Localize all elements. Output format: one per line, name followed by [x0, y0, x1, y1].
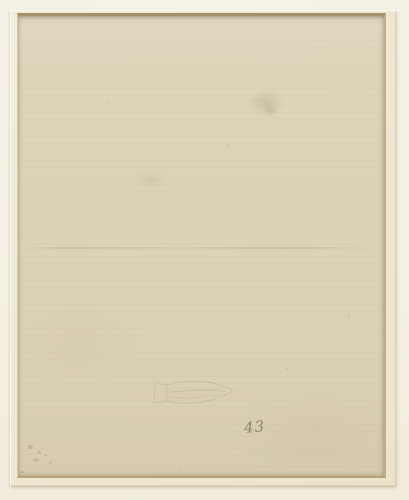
paper-speck [106, 102, 108, 104]
ghost-sketch [146, 366, 238, 414]
foxing-spot [45, 454, 47, 456]
crease-line [21, 247, 377, 249]
foxing-spot [21, 471, 24, 473]
paper-sheet: 43 [17, 13, 386, 478]
foxing-spot [49, 462, 52, 464]
paper-speck [348, 314, 350, 316]
foxing-spot [33, 458, 39, 462]
paper-speck [178, 468, 180, 470]
paper-speck [228, 144, 230, 146]
frame-mitre-top-right [386, 10, 396, 20]
picture-frame: 43 [10, 10, 396, 486]
frame-mitre-bottom-right [386, 476, 396, 486]
foxing-spot [28, 445, 33, 449]
paper-speck [286, 368, 288, 370]
foxing-spot [38, 451, 41, 454]
photo-of-framed-artwork: 43 [0, 0, 409, 500]
pencil-inscription: 43 [243, 417, 266, 437]
